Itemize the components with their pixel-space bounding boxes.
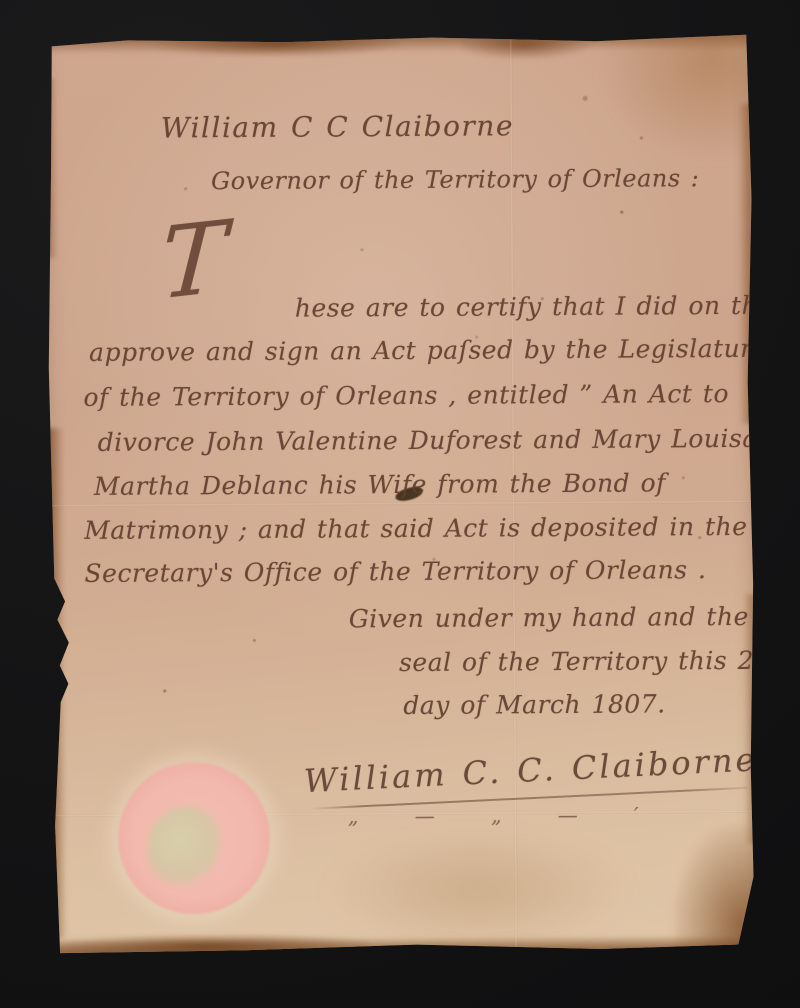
foxing-specks <box>43 38 46 41</box>
photo-backdrop: William C C Claiborne Governor of the Te… <box>0 0 800 1008</box>
paper-edge-shading <box>43 34 757 954</box>
paper-sheet: William C C Claiborne Governor of the Te… <box>43 34 757 954</box>
